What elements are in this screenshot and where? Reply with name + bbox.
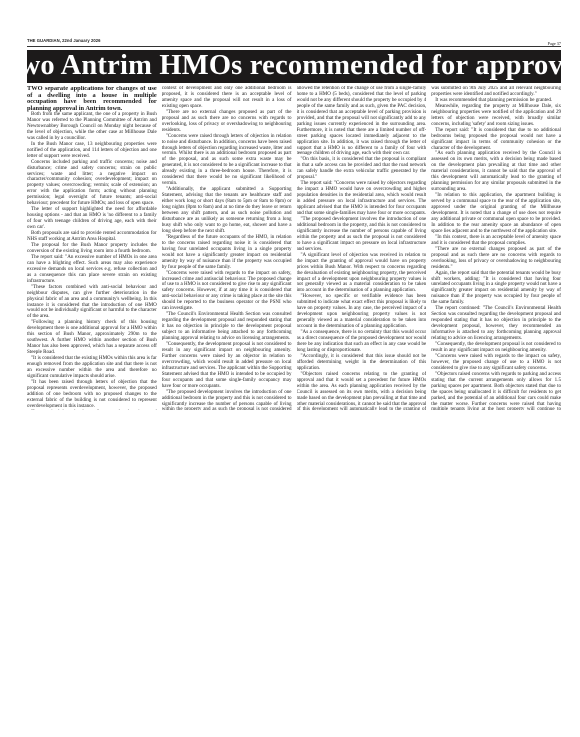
article-paragraph: "Objectors raised concerns relating to t… [297, 372, 427, 410]
article-paragraph: "On this basis, it is considered that th… [297, 157, 427, 181]
article-paragraph: Meanwhile, regarding the property at Mil… [431, 104, 561, 128]
article-paragraph: "A significant level of objection was re… [297, 253, 427, 295]
article-paragraph: Concerns included parking and traffic co… [27, 160, 157, 208]
article-paragraph: "However, no specific or verifiable evid… [297, 294, 427, 330]
article-paragraph: allowed the retention of the change of u… [297, 86, 427, 157]
article-paragraph: The report continued: "The Council's Env… [431, 306, 561, 342]
article-column-3: allowed the retention of the change of u… [297, 86, 427, 410]
article-column-2: context of development and only one addi… [162, 86, 292, 410]
article-paragraph: "There are no external changes proposed … [162, 110, 292, 134]
article-paragraph: "In this context, there is an acceptable… [431, 235, 561, 247]
article-paragraph: "It is considered that the existing HMOs… [27, 356, 157, 380]
headline: Two Antrim HMOs recommended for approval [3, 52, 580, 81]
article-paragraph: "These factors combined with anti-social… [27, 285, 157, 321]
article-paragraph: Again, the report said that the potentia… [431, 271, 561, 307]
article-paragraph: "Consequently, the development proposal … [162, 342, 292, 390]
article-paragraph: "Objectors raised concerns with regards … [431, 372, 561, 410]
article-paragraph: "Regardless of the future occupants of t… [162, 235, 292, 271]
article-paragraph: The report said: "It is considered that … [431, 128, 561, 152]
article-paragraph: "Additionally, the applicant submitted a… [162, 187, 292, 235]
article-paragraph: "It has been raised through letters of o… [27, 380, 157, 410]
article-paragraph: The letter of support highlighted the ne… [27, 207, 157, 231]
article-column-1: TWO separate applications for changes of… [27, 86, 157, 410]
article-paragraph: Both from the same applicant, the one of… [27, 112, 157, 142]
article-body: TWO separate applications for changes of… [27, 86, 561, 406]
article-paragraph: "There are no external changes proposed … [431, 247, 561, 271]
masthead-rule [27, 46, 561, 47]
article-paragraph: In the Bush Manor case, 13 neighbouring … [27, 142, 157, 160]
article-paragraph: "Concerns were raised through letters of… [162, 134, 292, 188]
article-paragraph: "In relation to this application, the ap… [431, 193, 561, 235]
article-paragraph: The report said: "An excessive number of… [27, 255, 157, 285]
publication-dateline: THE GUARDIAN, 22nd January 2026 [27, 38, 100, 43]
article-paragraph: "Following a planning history check of t… [27, 320, 157, 356]
article-paragraph: The report said: "Concerns were raised b… [297, 181, 427, 217]
article-paragraph: "As each planning application received b… [431, 151, 561, 193]
article-paragraph: "Concerns were raised with regards to th… [162, 271, 292, 313]
article-paragraph: "Concerns were raised with regards to th… [431, 354, 561, 372]
article-paragraph: "The proposed development involves the i… [297, 217, 427, 253]
article-paragraph: "Accordingly, it is considered that this… [297, 354, 427, 372]
article-lead-paragraph: TWO separate applications for changes of… [27, 86, 157, 112]
article-paragraph: "As a consequence, there is no certainty… [297, 330, 427, 354]
headline-banner: Two Antrim HMOs recommended for approval [27, 50, 561, 83]
article-paragraph: "The proposed development involves the i… [162, 390, 292, 410]
article-column-4: was submitted on 9th July 2025 and all r… [431, 86, 561, 410]
article-paragraph: context of development and only one addi… [162, 86, 292, 110]
article-paragraph: "The Council's Environmental Health Sect… [162, 312, 292, 342]
